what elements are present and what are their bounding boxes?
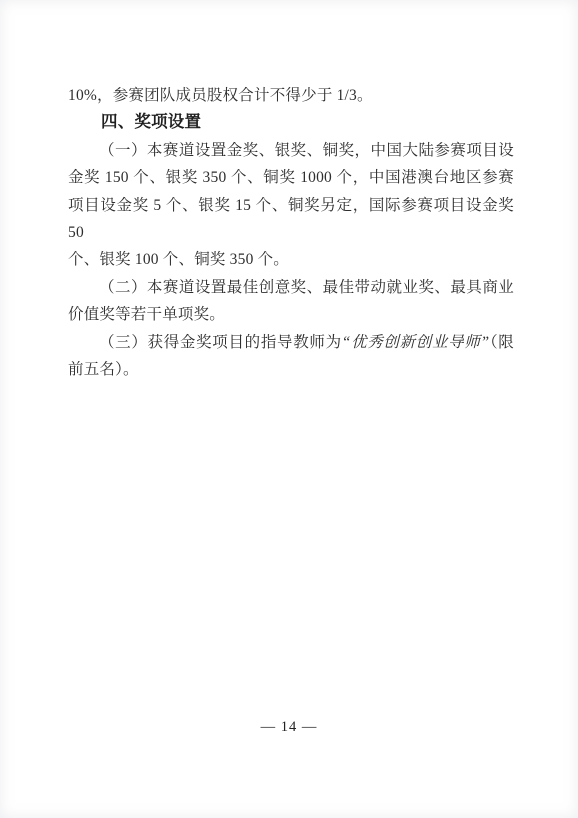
document-body: 10%，参赛团队成员股权合计不得少于 1/3。四、奖项设置（一）本赛道设置金奖、… xyxy=(68,82,514,383)
body-line: （三）获得金奖项目的指导教师为“优秀创新创业导师”（限 xyxy=(68,329,514,356)
body-line: 个、银奖 100 个、铜奖 350 个。 xyxy=(68,246,514,273)
body-line: （一）本赛道设置金奖、银奖、铜奖，中国大陆参赛项目设 xyxy=(68,137,514,164)
text-segment: 四、奖项设置 xyxy=(101,113,201,131)
text-segment: 10%，参赛团队成员股权合计不得少于 1/3。 xyxy=(68,87,373,104)
body-line: 10%，参赛团队成员股权合计不得少于 1/3。 xyxy=(68,82,514,109)
body-line: 项目设金奖 5 个、银奖 15 个、铜奖另定，国际参赛项目设金奖 50 xyxy=(68,192,514,247)
text-segment: （二）本赛道设置最佳创意奖、最佳带动就业奖、最具商业 xyxy=(99,279,514,296)
text-segment: （三）获得金奖项目的指导教师为 xyxy=(99,334,342,351)
body-line: （二）本赛道设置最佳创意奖、最佳带动就业奖、最具商业 xyxy=(68,274,514,301)
text-segment: 金奖 150 个、银奖 350 个、铜奖 1000 个，中国港澳台地区参赛 xyxy=(68,169,514,186)
quoted-phrase: “优秀创新创业导师” xyxy=(342,334,490,351)
text-segment: （限 xyxy=(489,334,514,351)
text-segment: 个、银奖 100 个、铜奖 350 个。 xyxy=(68,251,289,268)
body-line: 前五名）。 xyxy=(68,356,514,383)
section-heading: 四、奖项设置 xyxy=(68,109,514,136)
document-page: 10%，参赛团队成员股权合计不得少于 1/3。四、奖项设置（一）本赛道设置金奖、… xyxy=(0,0,578,818)
text-segment: 前五名）。 xyxy=(68,361,139,378)
text-segment: 项目设金奖 5 个、银奖 15 个、铜奖另定，国际参赛项目设金奖 50 xyxy=(68,197,514,241)
body-line: 价值奖等若干单项奖。 xyxy=(68,301,514,328)
page-number: — 14 — xyxy=(0,719,578,736)
text-segment: 价值奖等若干单项奖。 xyxy=(68,306,225,323)
body-line: 金奖 150 个、银奖 350 个、铜奖 1000 个，中国港澳台地区参赛 xyxy=(68,164,514,191)
text-segment: （一）本赛道设置金奖、银奖、铜奖，中国大陆参赛项目设 xyxy=(99,142,514,159)
